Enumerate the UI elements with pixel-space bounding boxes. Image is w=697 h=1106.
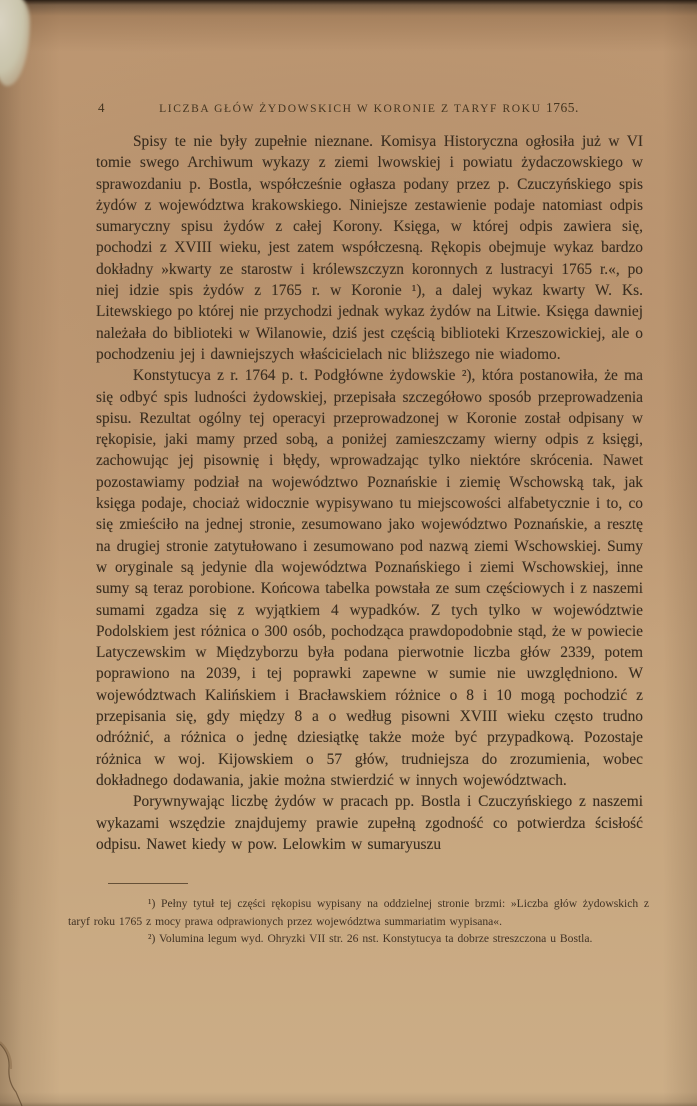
footnote-separator bbox=[108, 883, 188, 884]
running-title: LICZBA GŁÓW ŻYDOWSKICH W KORONIE Z TARYF… bbox=[159, 100, 579, 116]
footnotes-block: ¹) Pełny tytuł tej części rękopisu wypis… bbox=[68, 895, 649, 948]
footnote-1: ¹) Pełny tytuł tej części rękopisu wypis… bbox=[68, 895, 649, 930]
paragraph-1: Spisy te nie były zupełnie nieznane. Kom… bbox=[96, 131, 643, 365]
running-title-text: LICZBA GŁÓW ŻYDOWSKICH W KORONIE Z TARYF… bbox=[159, 103, 541, 115]
running-head: 4 LICZBA GŁÓW ŻYDOWSKICH W KORONIE Z TAR… bbox=[96, 98, 642, 116]
paragraph-3: Porywnywając liczbę żydów w pracach pp. … bbox=[96, 791, 643, 855]
main-text-block: Spisy te nie były zupełnie nieznane. Kom… bbox=[96, 131, 643, 855]
page-number: 4 bbox=[98, 100, 105, 116]
footnote-2: ²) Volumina legum wyd. Ohryzki VII str. … bbox=[68, 930, 649, 948]
running-title-year: 1765. bbox=[546, 100, 579, 115]
scanned-book-page: 4 LICZBA GŁÓW ŻYDOWSKICH W KORONIE Z TAR… bbox=[0, 0, 697, 1106]
paragraph-2: Konstytucya z r. 1764 p. t. Podgłówne ży… bbox=[96, 365, 643, 791]
torn-corner-patch bbox=[0, 0, 30, 86]
page-crease bbox=[0, 1036, 70, 1106]
